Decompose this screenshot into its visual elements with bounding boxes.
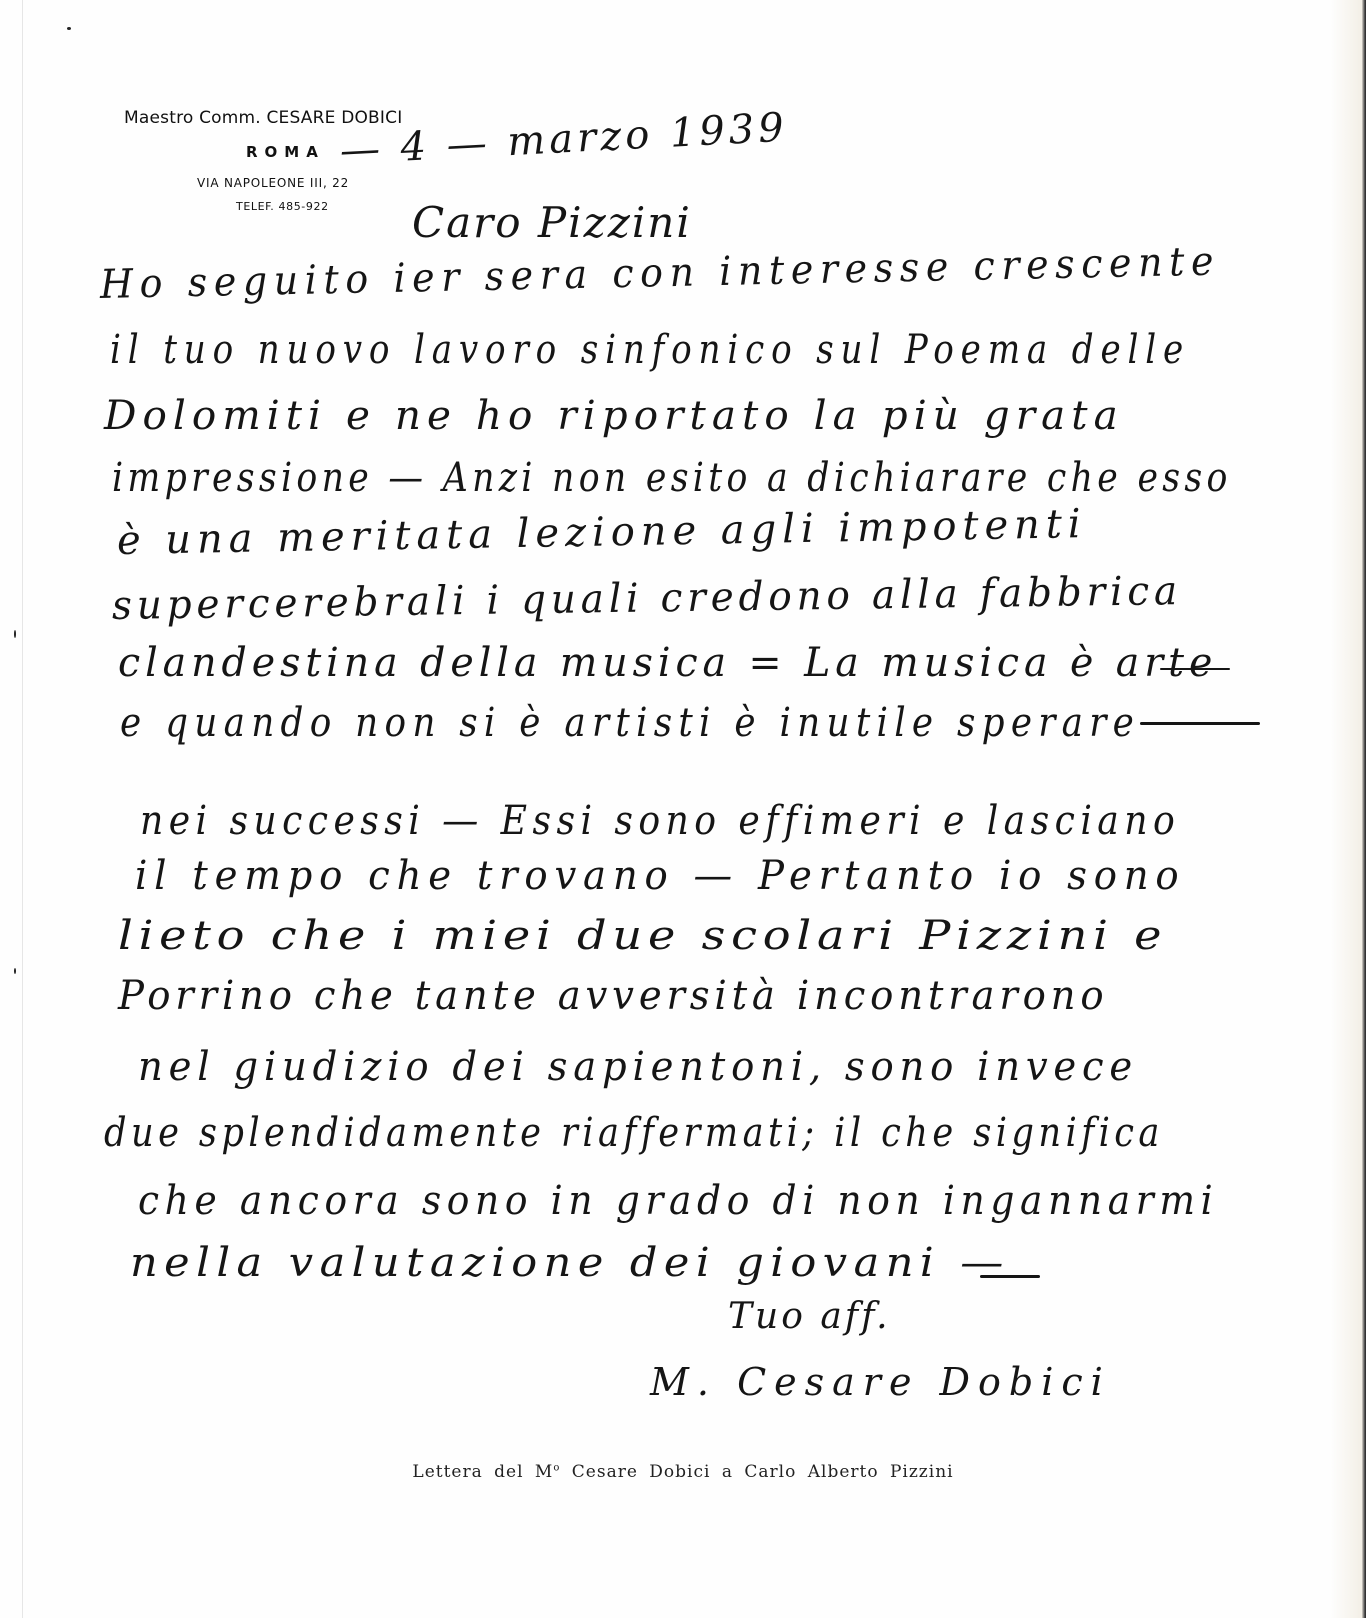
letter-line: impressione — Anzi non esito a dichiarar…	[112, 455, 1232, 501]
letter-line: nella valutazione dei giovani —	[130, 1240, 1010, 1286]
dash-stroke	[980, 1275, 1040, 1278]
ink-speck	[14, 630, 16, 638]
letter-line: è una meritata lezione agli impotenti	[117, 501, 1087, 564]
letter-line: il tempo che trovano — Pertanto io sono	[135, 853, 1185, 899]
letter-page: Maestro Comm. CESARE DOBICI ROMA VIA NAP…	[0, 0, 1366, 1618]
dash-stroke	[1140, 722, 1260, 725]
letterhead-telephone: TELEF. 485-922	[236, 200, 329, 213]
letter-line: e quando non si è artisti è inutile sper…	[120, 700, 1140, 746]
letterhead-address: VIA NAPOLEONE III, 22	[197, 176, 349, 190]
letter-line: lieto che i miei due scolari Pizzini e	[118, 913, 1167, 959]
page-right-shadow	[1330, 0, 1362, 1618]
letter-line: clandestina della musica = La musica è a…	[118, 640, 1217, 686]
ink-speck	[14, 968, 16, 974]
caption-text-end: Cesare Dobici a Carlo Alberto Pizzini	[560, 1462, 953, 1482]
letter-closing: Tuo aff.	[728, 1296, 891, 1337]
letter-line: Porrino che tante avversità incontrarono	[118, 973, 1108, 1019]
letter-line: supercerebrali i quali credono alla fabb…	[112, 568, 1183, 629]
figure-caption: Lettera del Mo Cesare Dobici a Carlo Alb…	[0, 1462, 1366, 1482]
ink-speck	[67, 27, 71, 30]
letter-greeting: Caro Pizzini	[412, 198, 692, 247]
letter-line: Ho seguito ier sera con interesse cresce…	[100, 239, 1221, 308]
letter-date: — 4 — marzo 1939	[339, 105, 789, 174]
letter-line: due splendidamente riaffermati; il che s…	[104, 1110, 1164, 1156]
underline-stroke	[1160, 668, 1230, 670]
caption-text-start: Lettera del M	[412, 1462, 553, 1482]
letterhead-name: Maestro Comm. CESARE DOBICI	[124, 108, 402, 128]
letterhead-city: ROMA	[246, 143, 325, 161]
page-left-edge	[22, 0, 23, 1618]
page-right-edge	[1362, 0, 1366, 1618]
letter-line: nel giudizio dei sapientoni, sono invece	[138, 1044, 1138, 1090]
letter-line: che ancora sono in grado di non ingannar…	[138, 1178, 1218, 1224]
letter-line: Dolomiti e ne ho riportato la più grata	[104, 393, 1124, 439]
letter-line: il tuo nuovo lavoro sinfonico sul Poema …	[110, 327, 1190, 373]
letter-signature: M. Cesare Dobici	[650, 1360, 1111, 1404]
letter-line: nei successi — Essi sono effimeri e lasc…	[140, 798, 1180, 844]
